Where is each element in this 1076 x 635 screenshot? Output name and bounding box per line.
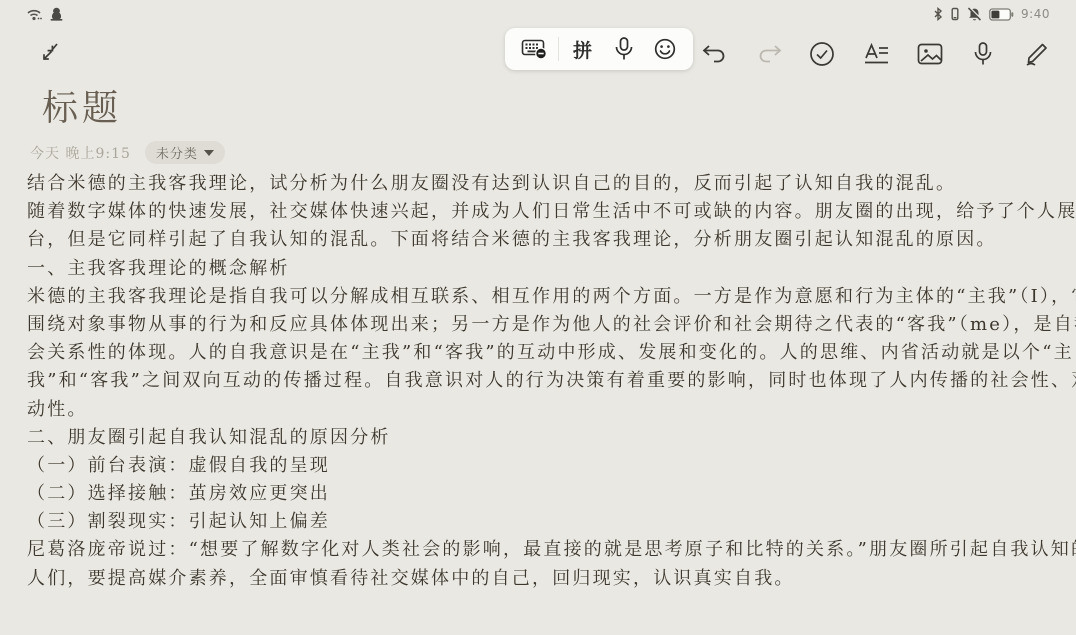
image-icon[interactable] — [915, 39, 945, 69]
keyboard-hide-icon[interactable] — [517, 32, 551, 66]
note-body-text[interactable]: 结合米德的主我客我理论，试分析为什么朋友圈没有达到认识自己的目的，反而引起了认知… — [27, 170, 1056, 593]
note-line: 尼葛洛庞帝说过：“想要了解数字化对人类社会的影响，最直接的就是思考原子和比特的关… — [27, 536, 1056, 564]
pinyin-toggle[interactable]: 拼 — [566, 32, 600, 66]
status-bar-left — [26, 7, 63, 21]
note-line: 我”和“客我”之间双向互动的传播过程。自我意识对人的行为决策有着重要的影响，同时… — [27, 367, 1056, 395]
penguin-notification-icon — [50, 7, 63, 21]
note-line: 动性。 — [27, 396, 1056, 424]
note-line: 台，但是它同样引起了自我认知的混乱。下面将结合米德的主我客我理论，分析朋友圈引起… — [27, 226, 1056, 254]
vibrate-icon — [950, 7, 960, 21]
undo-icon[interactable] — [700, 39, 730, 69]
chevron-down-icon — [204, 150, 214, 156]
collapse-fullscreen-button[interactable] — [36, 38, 66, 68]
clock-time: 9:40 — [1021, 7, 1050, 21]
handwriting-icon[interactable] — [1022, 39, 1052, 69]
note-meta-row: 今天 晚上9:15 未分类 — [30, 141, 225, 164]
note-line: 人们，要提高媒介素养，全面审慎看待社交媒体中的自己，回归现实，认识真实自我。 — [27, 565, 1056, 593]
redo-icon — [754, 39, 784, 69]
status-bar-right: 9:40 — [933, 7, 1050, 21]
text-style-icon[interactable] — [861, 39, 891, 69]
voice-input-icon[interactable] — [607, 32, 641, 66]
checklist-icon[interactable] — [807, 39, 837, 69]
note-line: 会关系性的体现。人的自我意识是在“主我”和“客我”的互动中形成、发展和变化的。人… — [27, 339, 1056, 367]
note-line: 二、朋友圈引起自我认知混乱的原因分析 — [27, 424, 1056, 452]
note-line: （二）选择接触：茧房效应更突出 — [27, 480, 1056, 508]
ime-divider — [558, 37, 559, 61]
bluetooth-icon — [933, 7, 943, 21]
note-line: 结合米德的主我客我理论，试分析为什么朋友圈没有达到认识自己的目的，反而引起了认知… — [27, 170, 1056, 198]
ime-floating-toolbar: 拼 — [505, 28, 693, 70]
emoji-icon[interactable] — [648, 32, 682, 66]
note-timestamp: 今天 晚上9:15 — [30, 143, 131, 163]
category-label: 未分类 — [156, 143, 198, 162]
note-line: 围绕对象事物从事的行为和反应具体体现出来；另一方是作为他人的社会评价和社会期待之… — [27, 311, 1056, 339]
note-line: 米德的主我客我理论是指自我可以分解成相互联系、相互作用的两个方面。一方是作为意愿… — [27, 283, 1056, 311]
note-title[interactable]: 标题 — [42, 80, 122, 131]
note-line: （一）前台表演：虚假自我的呈现 — [27, 452, 1056, 480]
pinyin-label: 拼 — [573, 36, 592, 63]
voice-memo-icon[interactable] — [968, 39, 998, 69]
wifi-icon — [26, 7, 43, 21]
note-line: 随着数字媒体的快速发展，社交媒体快速兴起，并成为人们日常生活中不可或缺的内容。朋… — [27, 198, 1056, 226]
note-line: （三）割裂现实：引起认知上偏差 — [27, 508, 1056, 536]
category-selector[interactable]: 未分类 — [145, 141, 225, 164]
mute-icon — [967, 7, 982, 21]
note-line: 一、主我客我理论的概念解析 — [27, 255, 1056, 283]
battery-icon — [989, 8, 1014, 21]
editor-toolbar — [700, 36, 1052, 72]
status-bar: 9:40 — [0, 0, 1076, 24]
